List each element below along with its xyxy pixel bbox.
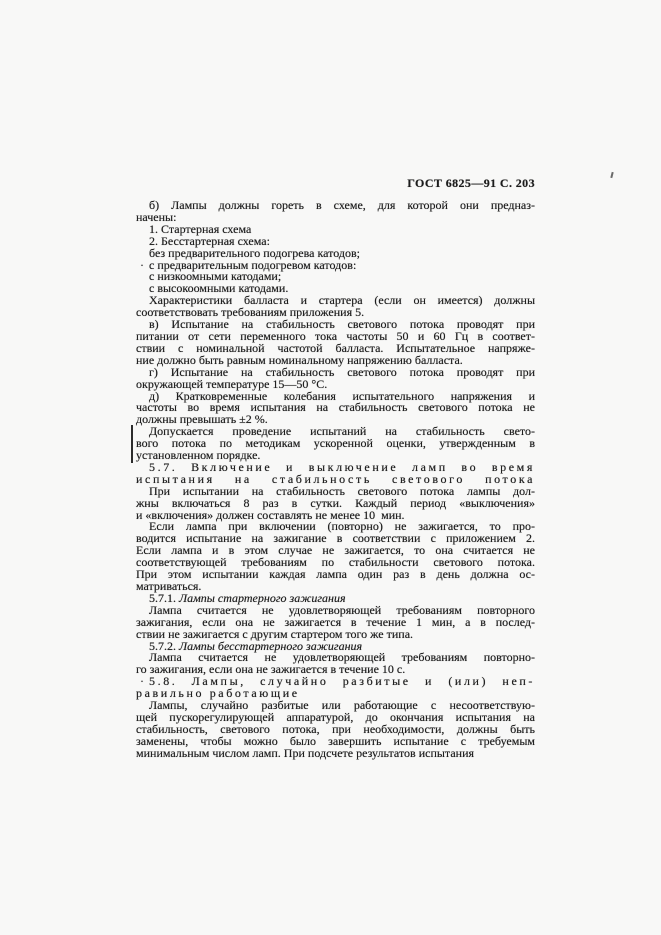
scan-artifact: [610, 172, 613, 178]
text-block: б) Лампы должны гореть в схеме, для кото…: [136, 200, 535, 760]
document-page: ГОСТ 6825—91 С. 203 б) Лампы должны горе…: [0, 0, 661, 935]
text-line: б) Лампы должны гореть в схеме, для кото…: [136, 200, 535, 212]
page-header-text: ГОСТ 6825—91 С. 203: [407, 176, 535, 190]
page-header: ГОСТ 6825—91 С. 203: [136, 176, 535, 191]
text-line: минимальным числом ламп. При подсчете ре…: [136, 748, 535, 760]
